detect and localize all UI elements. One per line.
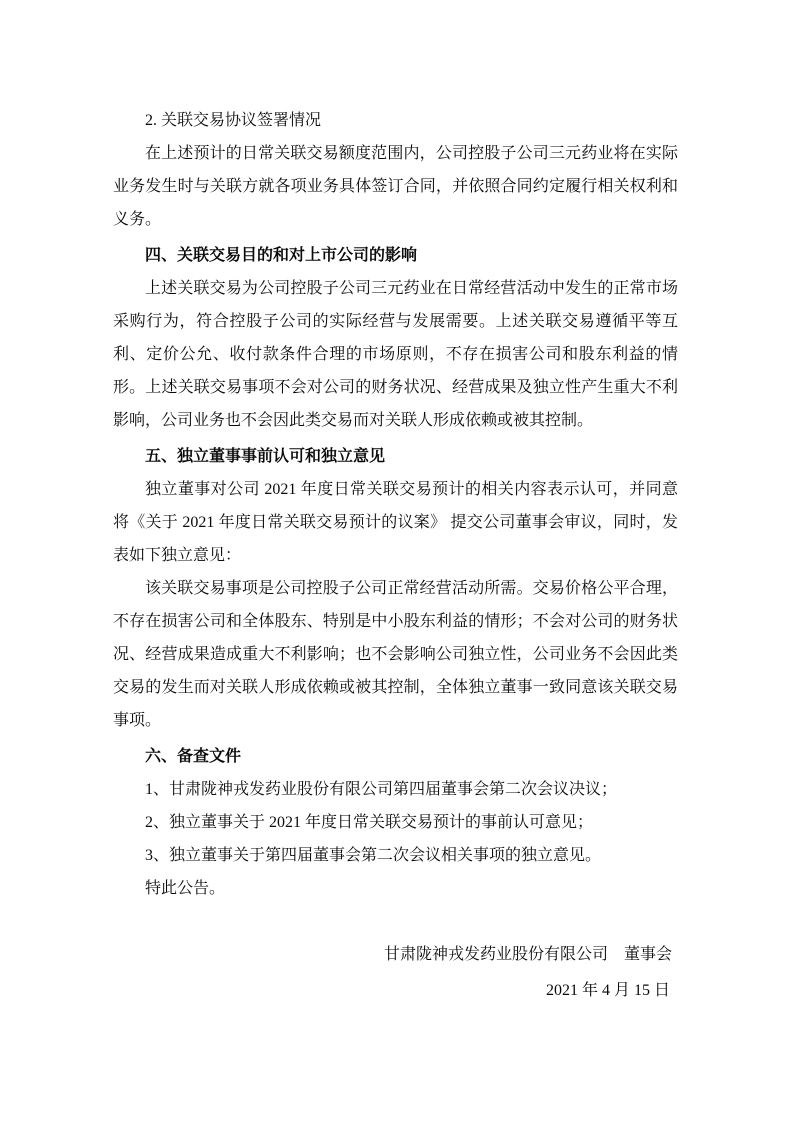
clause-2-paragraph: 在上述预计的日常关联交易额度范围内，公司控股子公司三元药业将在实际业务发生时与关… xyxy=(113,137,678,236)
clause-2-subheading: 2. 关联交易协议签署情况 xyxy=(113,104,678,137)
reference-document-item-3: 3、独立董事关于第四届董事会第二次会议相关事项的独立意见。 xyxy=(113,839,678,872)
reference-document-item-1: 1、甘肃陇神戎发药业股份有限公司第四届董事会第二次会议决议； xyxy=(113,773,678,806)
reference-document-item-2: 2、独立董事关于 2021 年度日常关联交易预计的事前认可意见； xyxy=(113,806,678,839)
section-4-heading: 四、关联交易目的和对上市公司的影响 xyxy=(113,239,678,272)
section-6-heading: 六、备查文件 xyxy=(113,740,678,773)
signature-date: 2021 年 4 月 15 日 xyxy=(113,974,678,1007)
closing-statement: 特此公告。 xyxy=(113,872,678,905)
signature-company-board: 甘肃陇神戎发药业股份有限公司 董事会 xyxy=(113,938,678,971)
announcement-page: 2. 关联交易协议签署情况 在上述预计的日常关联交易额度范围内，公司控股子公司三… xyxy=(0,0,793,1122)
section-5-paragraph-1: 独立董事对公司 2021 年度日常关联交易预计的相关内容表示认可，并同意将《关于… xyxy=(113,473,678,572)
section-5-heading: 五、独立董事事前认可和独立意见 xyxy=(113,440,678,473)
section-5-paragraph-2: 该关联交易事项是公司控股子公司正常经营活动所需。交易价格公平合理，不存在损害公司… xyxy=(113,572,678,737)
section-4-paragraph: 上述关联交易为公司控股子公司三元药业在日常经营活动中发生的正常市场采购行为，符合… xyxy=(113,272,678,437)
